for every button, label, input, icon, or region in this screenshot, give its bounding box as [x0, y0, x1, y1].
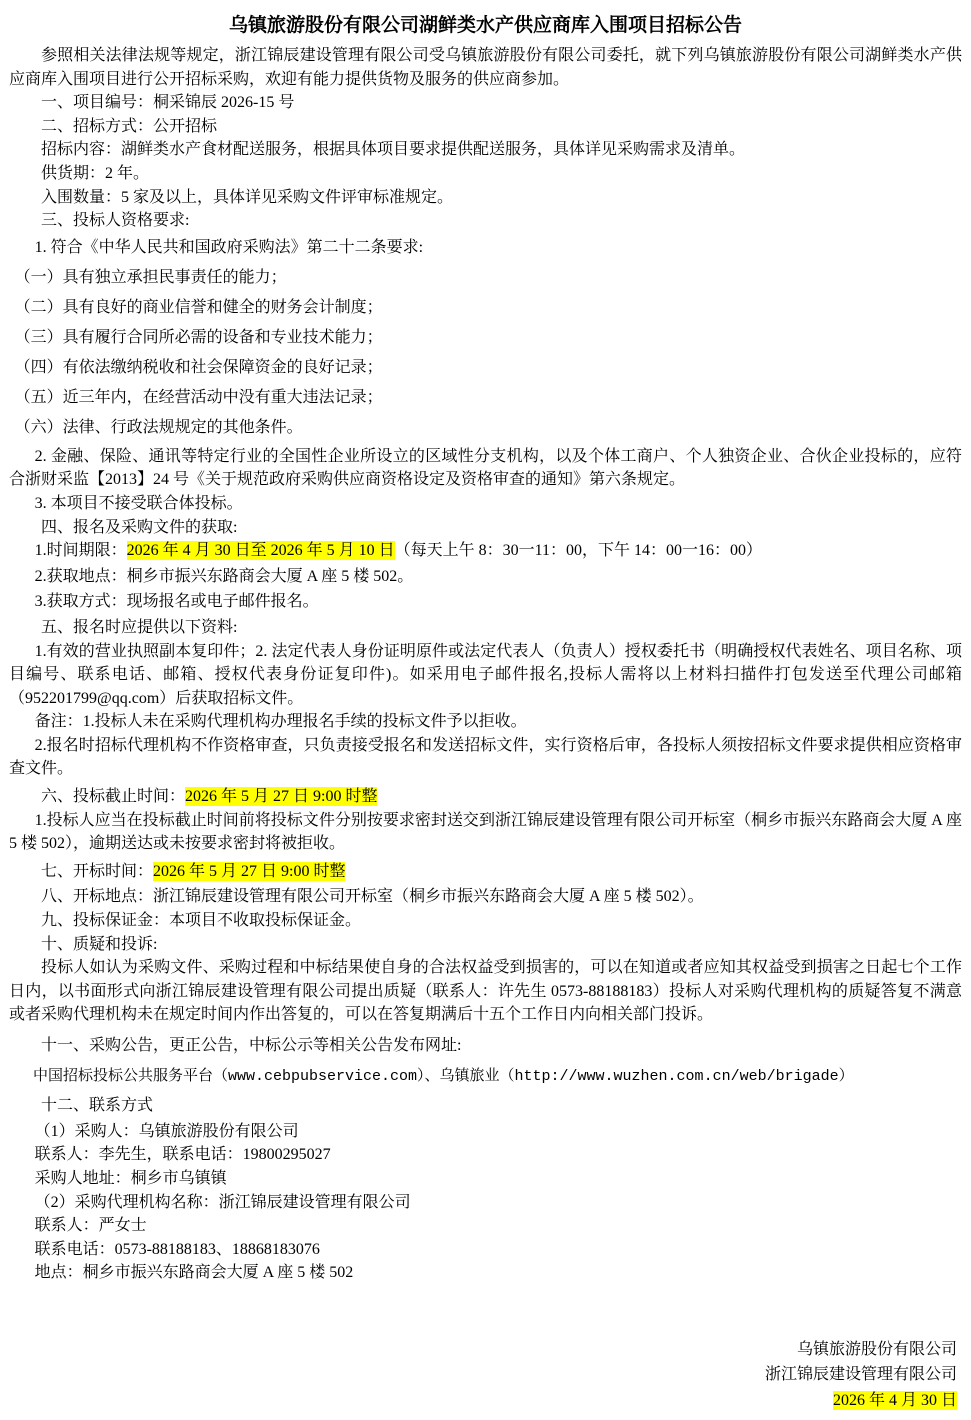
announcement-websites-line: 中国招标投标公共服务平台（www.cebpubservice.com）、乌镇旅业…: [9, 1065, 962, 1089]
bid-deadline-line: 六、投标截止时间：2026 年 5 月 27 日 9:00 时整: [9, 785, 962, 809]
bid-content-line: 招标内容：湖鲜类水产食材配送服务，根据具体项目要求提供配送服务，具体详见采购需求…: [9, 138, 962, 162]
purchaser-contact-line: 联系人：李先生，联系电话：19800295027: [9, 1143, 962, 1167]
qualification-sub-3: （三）具有履行合同所必需的设备和专业技术能力；: [9, 323, 962, 353]
open-time-label: 七、开标时间：: [41, 863, 153, 880]
qualification-sub-2: （二）具有良好的商业信誉和健全的财务会计制度；: [9, 293, 962, 323]
bid-bond-line: 九、投标保证金：本项目不收取投标保证金。: [9, 909, 962, 933]
open-time-highlight: 2026 年 5 月 27 日 9:00 时整: [153, 862, 345, 881]
signature-date-highlight: 2026 年 4 月 30 日: [833, 1391, 957, 1410]
bid-deadline-label: 六、投标截止时间：: [41, 788, 185, 805]
open-place-line: 八、开标地点：浙江锦辰建设管理有限公司开标室（桐乡市振兴东路商会大厦 A 座 5…: [9, 885, 962, 909]
shortlist-count-line: 入围数量：5 家及以上，具体详见采购文件评审标准规定。: [9, 186, 962, 210]
section-10-heading: 十、质疑和投诉:: [9, 933, 962, 957]
registration-time-limit-line: 1.时间期限：2026 年 4 月 30 日至 2026 年 5 月 10 日（…: [9, 539, 962, 563]
section-3-heading: 三、投标人资格要求:: [9, 209, 962, 233]
intro-paragraph: 参照相关法律法规等规定，浙江锦辰建设管理有限公司受乌镇旅游股份有限公司委托，就下…: [9, 44, 962, 91]
obtain-method-line: 3.获取方式：现场报名或电子邮件报名。: [9, 590, 962, 614]
note-1-line: 备注：1.投标人未在采购代理机构办理报名手续的投标文件予以拒收。: [9, 710, 962, 734]
signature-purchaser: 乌镇旅游股份有限公司: [9, 1337, 957, 1363]
qualification-sub-4: （四）有依法缴纳税收和社会保障资金的良好记录；: [9, 353, 962, 383]
time-limit-label: 1.时间期限：: [35, 542, 127, 559]
doc-title: 乌镇旅游股份有限公司湖鲜类水产供应商库入围项目招标公告: [9, 12, 962, 39]
time-limit-hours: （每天上午 8：30一11：00，下午 14：00一16：00）: [395, 542, 762, 559]
purchaser-line: （1）采购人：乌镇旅游股份有限公司: [9, 1120, 962, 1144]
tender-announcement-page: 乌镇旅游股份有限公司湖鲜类水产供应商库入围项目招标公告 参照相关法律法规等规定，…: [0, 0, 971, 1420]
purchaser-address-line: 采购人地址：桐乡市乌镇镇: [9, 1167, 962, 1191]
agent-contact-line: 联系人：严女士: [9, 1214, 962, 1238]
signature-date-line: 2026 年 4 月 30 日: [9, 1388, 957, 1414]
complaint-paragraph: 投标人如认为采购文件、采购过程和中标结果使自身的合法权益受到损害的，可以在知道或…: [9, 956, 962, 1027]
agent-address-line: 地点：桐乡市振兴东路商会大厦 A 座 5 楼 502: [9, 1261, 962, 1285]
qualification-sub-1: （一）具有独立承担民事责任的能力；: [9, 263, 962, 293]
project-number-line: 一、项目编号：桐采锦辰 2026-15 号: [9, 91, 962, 115]
time-limit-highlight: 2026 年 4 月 30 日至 2026 年 5 月 10 日: [127, 541, 395, 560]
obtain-place-line: 2.获取地点：桐乡市振兴东路商会大厦 A 座 5 楼 502。: [9, 565, 962, 589]
signature-agent: 浙江锦辰建设管理有限公司: [9, 1362, 957, 1388]
agent-phone-line: 联系电话：0573-88188183、18868183076: [9, 1238, 962, 1262]
section-12-heading: 十二、联系方式: [9, 1094, 962, 1118]
supply-period-line: 供货期：2 年。: [9, 162, 962, 186]
qualification-sub-5: （五）近三年内，在经营活动中没有重大违法记录；: [9, 383, 962, 413]
signature-block: 乌镇旅游股份有限公司 浙江锦辰建设管理有限公司 2026 年 4 月 30 日: [9, 1337, 962, 1414]
materials-paragraph: 1.有效的营业执照副本复印件；2. 法定代表人身份证明原件或法定代表人（负责人）…: [9, 640, 962, 711]
qualification-item-2: 2. 金融、保险、通讯等特定行业的全国性企业所设立的区域性分支机构，以及个体工商…: [9, 445, 962, 492]
bid-deadline-highlight: 2026 年 5 月 27 日 9:00 时整: [185, 787, 377, 806]
open-time-line: 七、开标时间：2026 年 5 月 27 日 9:00 时整: [9, 860, 962, 884]
qualification-item-3: 3. 本项目不接受联合体投标。: [9, 492, 962, 516]
section-4-heading: 四、报名及采购文件的获取:: [9, 516, 962, 540]
qualification-sub-6: （六）法律、行政法规规定的其他条件。: [9, 413, 962, 443]
section-11-heading: 十一、采购公告，更正公告，中标公示等相关公告发布网址:: [9, 1034, 962, 1058]
note-2-paragraph: 2.报名时招标代理机构不作资格审查，只负责接受报名和发送招标文件，实行资格后审，…: [9, 734, 962, 781]
submit-rule-paragraph: 1.投标人应当在投标截止时间前将投标文件分别按要求密封送交到浙江锦辰建设管理有限…: [9, 809, 962, 856]
section-5-heading: 五、报名时应提供以下资料:: [9, 616, 962, 640]
qualification-item-1: 1. 符合《中华人民共和国政府采购法》第二十二条要求:: [9, 233, 962, 263]
agent-name-line: （2）采购代理机构名称：浙江锦辰建设管理有限公司: [9, 1191, 962, 1215]
bid-method-line: 二、招标方式：公开招标: [9, 115, 962, 139]
